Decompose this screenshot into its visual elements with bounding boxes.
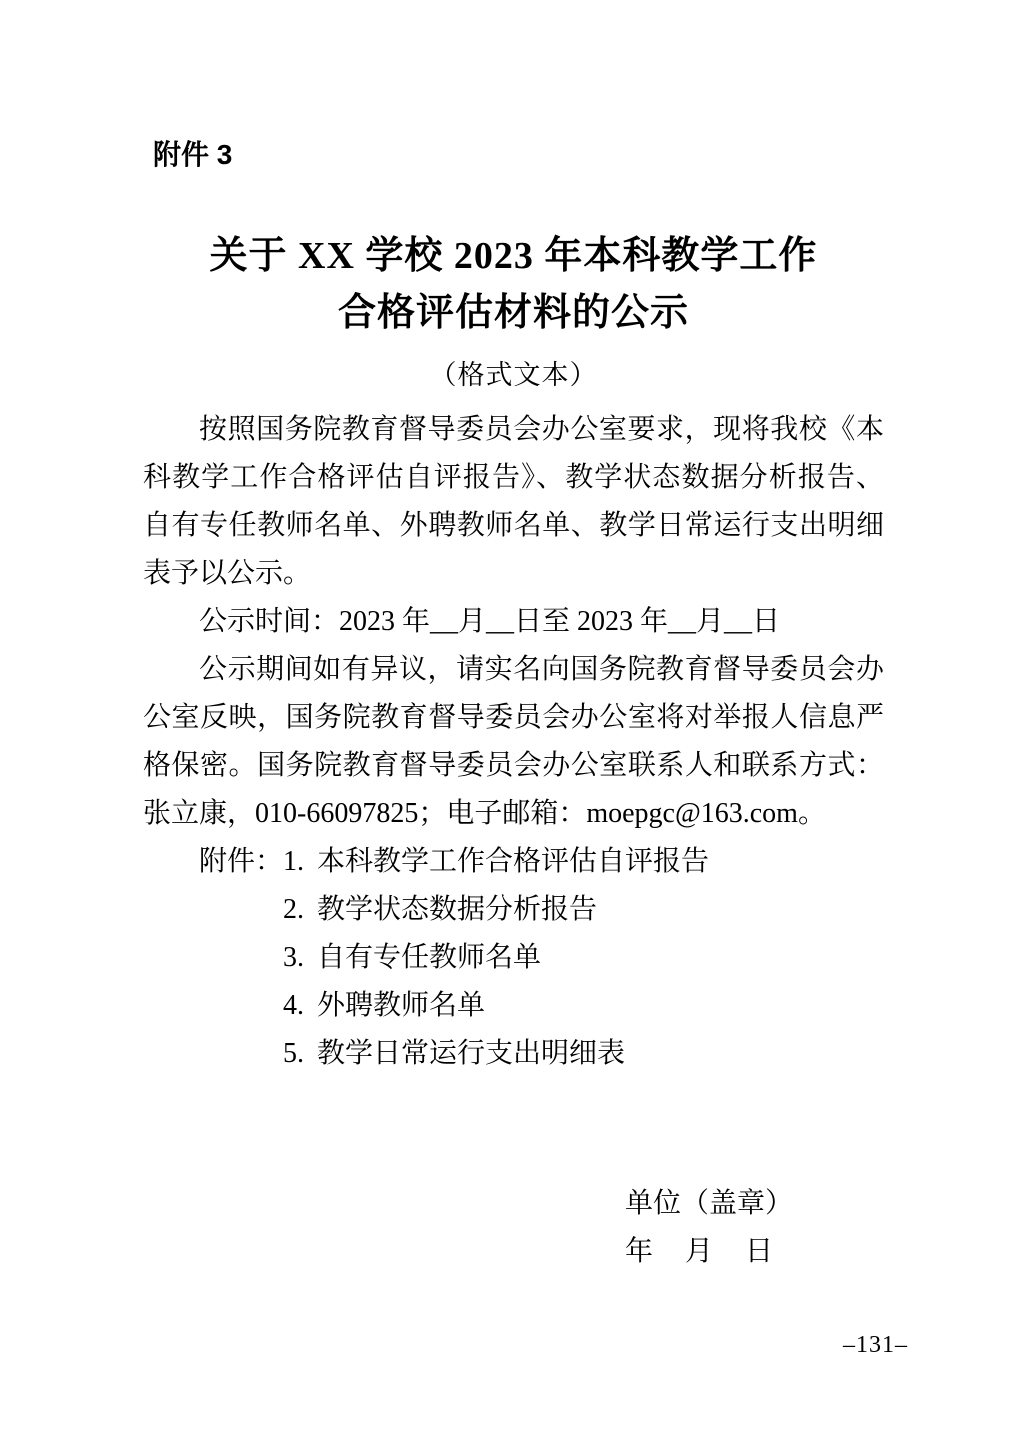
title-line-1: 关于 XX 学校 2023 年本科教学工作 [143, 228, 884, 285]
attachment-item-1-number: 1. [283, 838, 304, 886]
attachment-items: 1.本科教学工作合格评估自评报告 2.教学状态数据分析报告 3.自有专任教师名单… [283, 838, 884, 1078]
attachment-list-label: 附件： [199, 838, 283, 886]
paragraph-announcement: 按照国务院教育督导委员会办公室要求，现将我校《本科教学工作合格评估自评报告》、教… [143, 406, 884, 598]
attachment-item-5-number: 5. [283, 1030, 304, 1078]
attachment-item-1-text: 本科教学工作合格评估自评报告 [317, 846, 709, 877]
attachment-list: 附件： 1.本科教学工作合格评估自评报告 2.教学状态数据分析报告 3.自有专任… [199, 838, 884, 1078]
date-year-label: 年 [625, 1228, 653, 1276]
unit-seal-line: 单位（盖章） [625, 1180, 795, 1228]
attachment-item-2-number: 2. [283, 886, 304, 934]
attachment-item-3-text: 自有专任教师名单 [317, 942, 541, 973]
title-line-2: 合格评估材料的公示 [143, 285, 884, 342]
attachment-item-2: 2.教学状态数据分析报告 [283, 886, 884, 934]
attachment-item-5: 5.教学日常运行支出明细表 [283, 1030, 884, 1078]
attachment-item-4: 4.外聘教师名单 [283, 982, 884, 1030]
attachment-item-5-text: 教学日常运行支出明细表 [317, 1038, 625, 1069]
attachment-item-4-number: 4. [283, 982, 304, 1030]
paragraph-objection-contact: 公示期间如有异议，请实名向国务院教育督导委员会办公室反映，国务院教育督导委员会办… [143, 646, 884, 838]
signature-block: 单位（盖章） 年 月 日 [625, 1180, 795, 1276]
format-text-subtitle: （格式文本） [143, 355, 884, 395]
signature-date-line: 年 月 日 [625, 1228, 773, 1276]
date-day-label: 日 [745, 1228, 773, 1276]
paragraph-publicity-period: 公示时间：2023 年__月__日至 2023 年__月__日 [143, 598, 884, 646]
date-month-label: 月 [685, 1228, 713, 1276]
document-body: 按照国务院教育督导委员会办公室要求，现将我校《本科教学工作合格评估自评报告》、教… [143, 406, 884, 1078]
page-number: –131– [843, 1330, 908, 1360]
attachment-item-1: 1.本科教学工作合格评估自评报告 [283, 838, 884, 886]
attachment-item-3-number: 3. [283, 934, 304, 982]
document-title: 关于 XX 学校 2023 年本科教学工作 合格评估材料的公示 [143, 228, 884, 342]
attachment-item-3: 3.自有专任教师名单 [283, 934, 884, 982]
attachment-number-label: 附件 3 [153, 138, 884, 172]
attachment-item-2-text: 教学状态数据分析报告 [317, 894, 597, 925]
attachment-item-4-text: 外聘教师名单 [317, 990, 485, 1021]
document-page: 附件 3 关于 XX 学校 2023 年本科教学工作 合格评估材料的公示 （格式… [0, 0, 1024, 1448]
